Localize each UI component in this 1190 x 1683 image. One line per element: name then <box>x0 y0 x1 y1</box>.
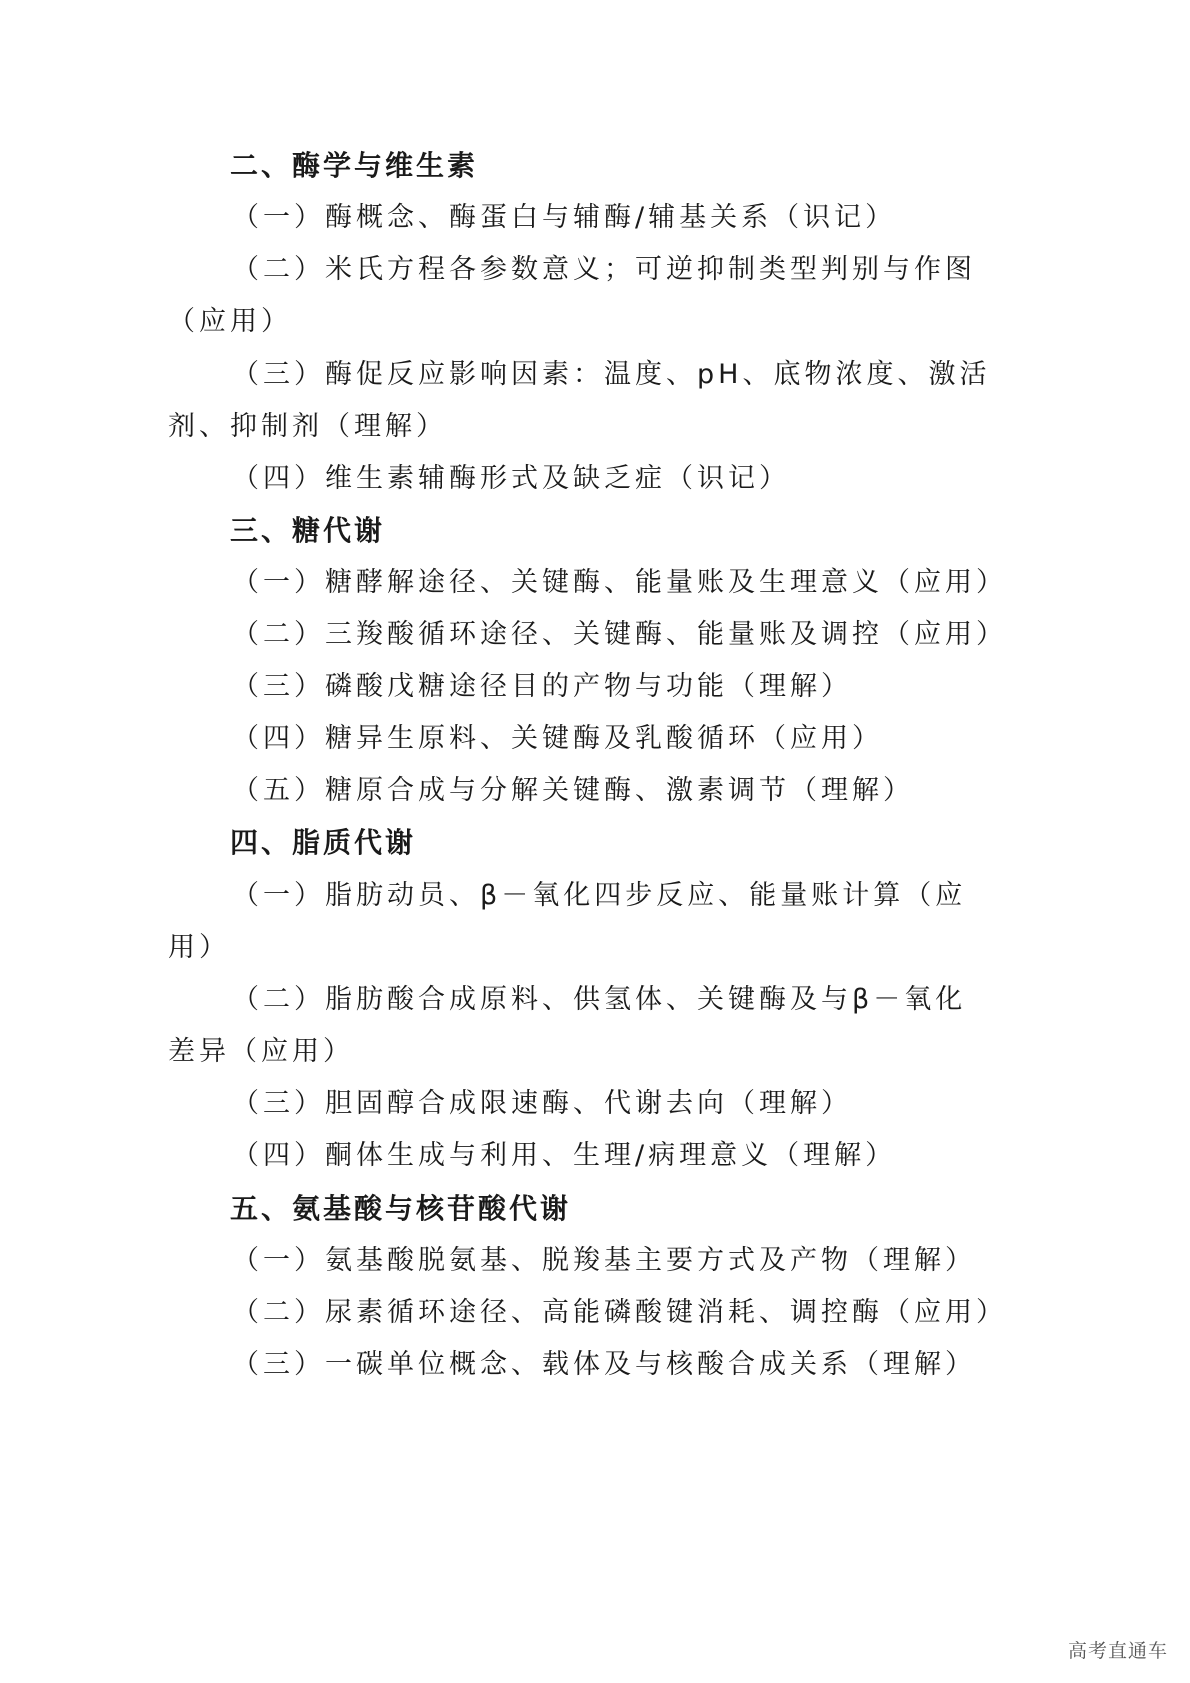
watermark: 高考直通车 <box>1068 1636 1168 1663</box>
section-heading-lipid: 四、脂质代谢 <box>230 823 416 863</box>
section-heading-amino-acid: 五、氨基酸与核苷酸代谢 <box>230 1189 571 1229</box>
outline-item: （二）米氏方程各参数意义；可逆抑制类型判别与作图 <box>232 250 976 290</box>
outline-item: （四）维生素辅酶形式及缺乏症（识记） <box>232 459 790 499</box>
outline-item-continuation: 剂、抑制剂（理解） <box>168 407 447 447</box>
outline-item: （三）磷酸戊糖途径目的产物与功能（理解） <box>232 667 852 707</box>
outline-item: （一）氨基酸脱氨基、脱羧基主要方式及产物（理解） <box>232 1241 976 1281</box>
outline-item: （四）糖异生原料、关键酶及乳酸循环（应用） <box>232 719 883 759</box>
section-heading-enzymes: 二、酶学与维生素 <box>230 146 478 186</box>
outline-item: （一）糖酵解途径、关键酶、能量账及生理意义（应用） <box>232 563 1007 603</box>
outline-item-continuation: （应用） <box>168 302 292 342</box>
outline-item: （三）胆固醇合成限速酶、代谢去向（理解） <box>232 1084 852 1124</box>
outline-item: （二）脂肪酸合成原料、供氢体、关键酶及与β－氧化 <box>232 980 966 1020</box>
outline-item: （一）脂肪动员、β－氧化四步反应、能量账计算（应 <box>232 876 966 916</box>
outline-item-continuation: 差异（应用） <box>168 1032 354 1072</box>
outline-item: （三）酶促反应影响因素：温度、pH、底物浓度、激活 <box>232 355 990 395</box>
outline-item: （一）酶概念、酶蛋白与辅酶/辅基关系（识记） <box>232 198 896 238</box>
outline-item: （五）糖原合成与分解关键酶、激素调节（理解） <box>232 771 914 811</box>
document-page: 二、酶学与维生素 （一）酶概念、酶蛋白与辅酶/辅基关系（识记） （二）米氏方程各… <box>0 0 1190 1683</box>
outline-item: （三）一碳单位概念、载体及与核酸合成关系（理解） <box>232 1345 976 1385</box>
outline-item: （四）酮体生成与利用、生理/病理意义（理解） <box>232 1136 896 1176</box>
section-heading-carbohydrate: 三、糖代谢 <box>230 511 385 551</box>
outline-item: （二）尿素循环途径、高能磷酸键消耗、调控酶（应用） <box>232 1293 1007 1333</box>
outline-item-continuation: 用） <box>168 928 230 968</box>
outline-item: （二）三羧酸循环途径、关键酶、能量账及调控（应用） <box>232 615 1007 655</box>
